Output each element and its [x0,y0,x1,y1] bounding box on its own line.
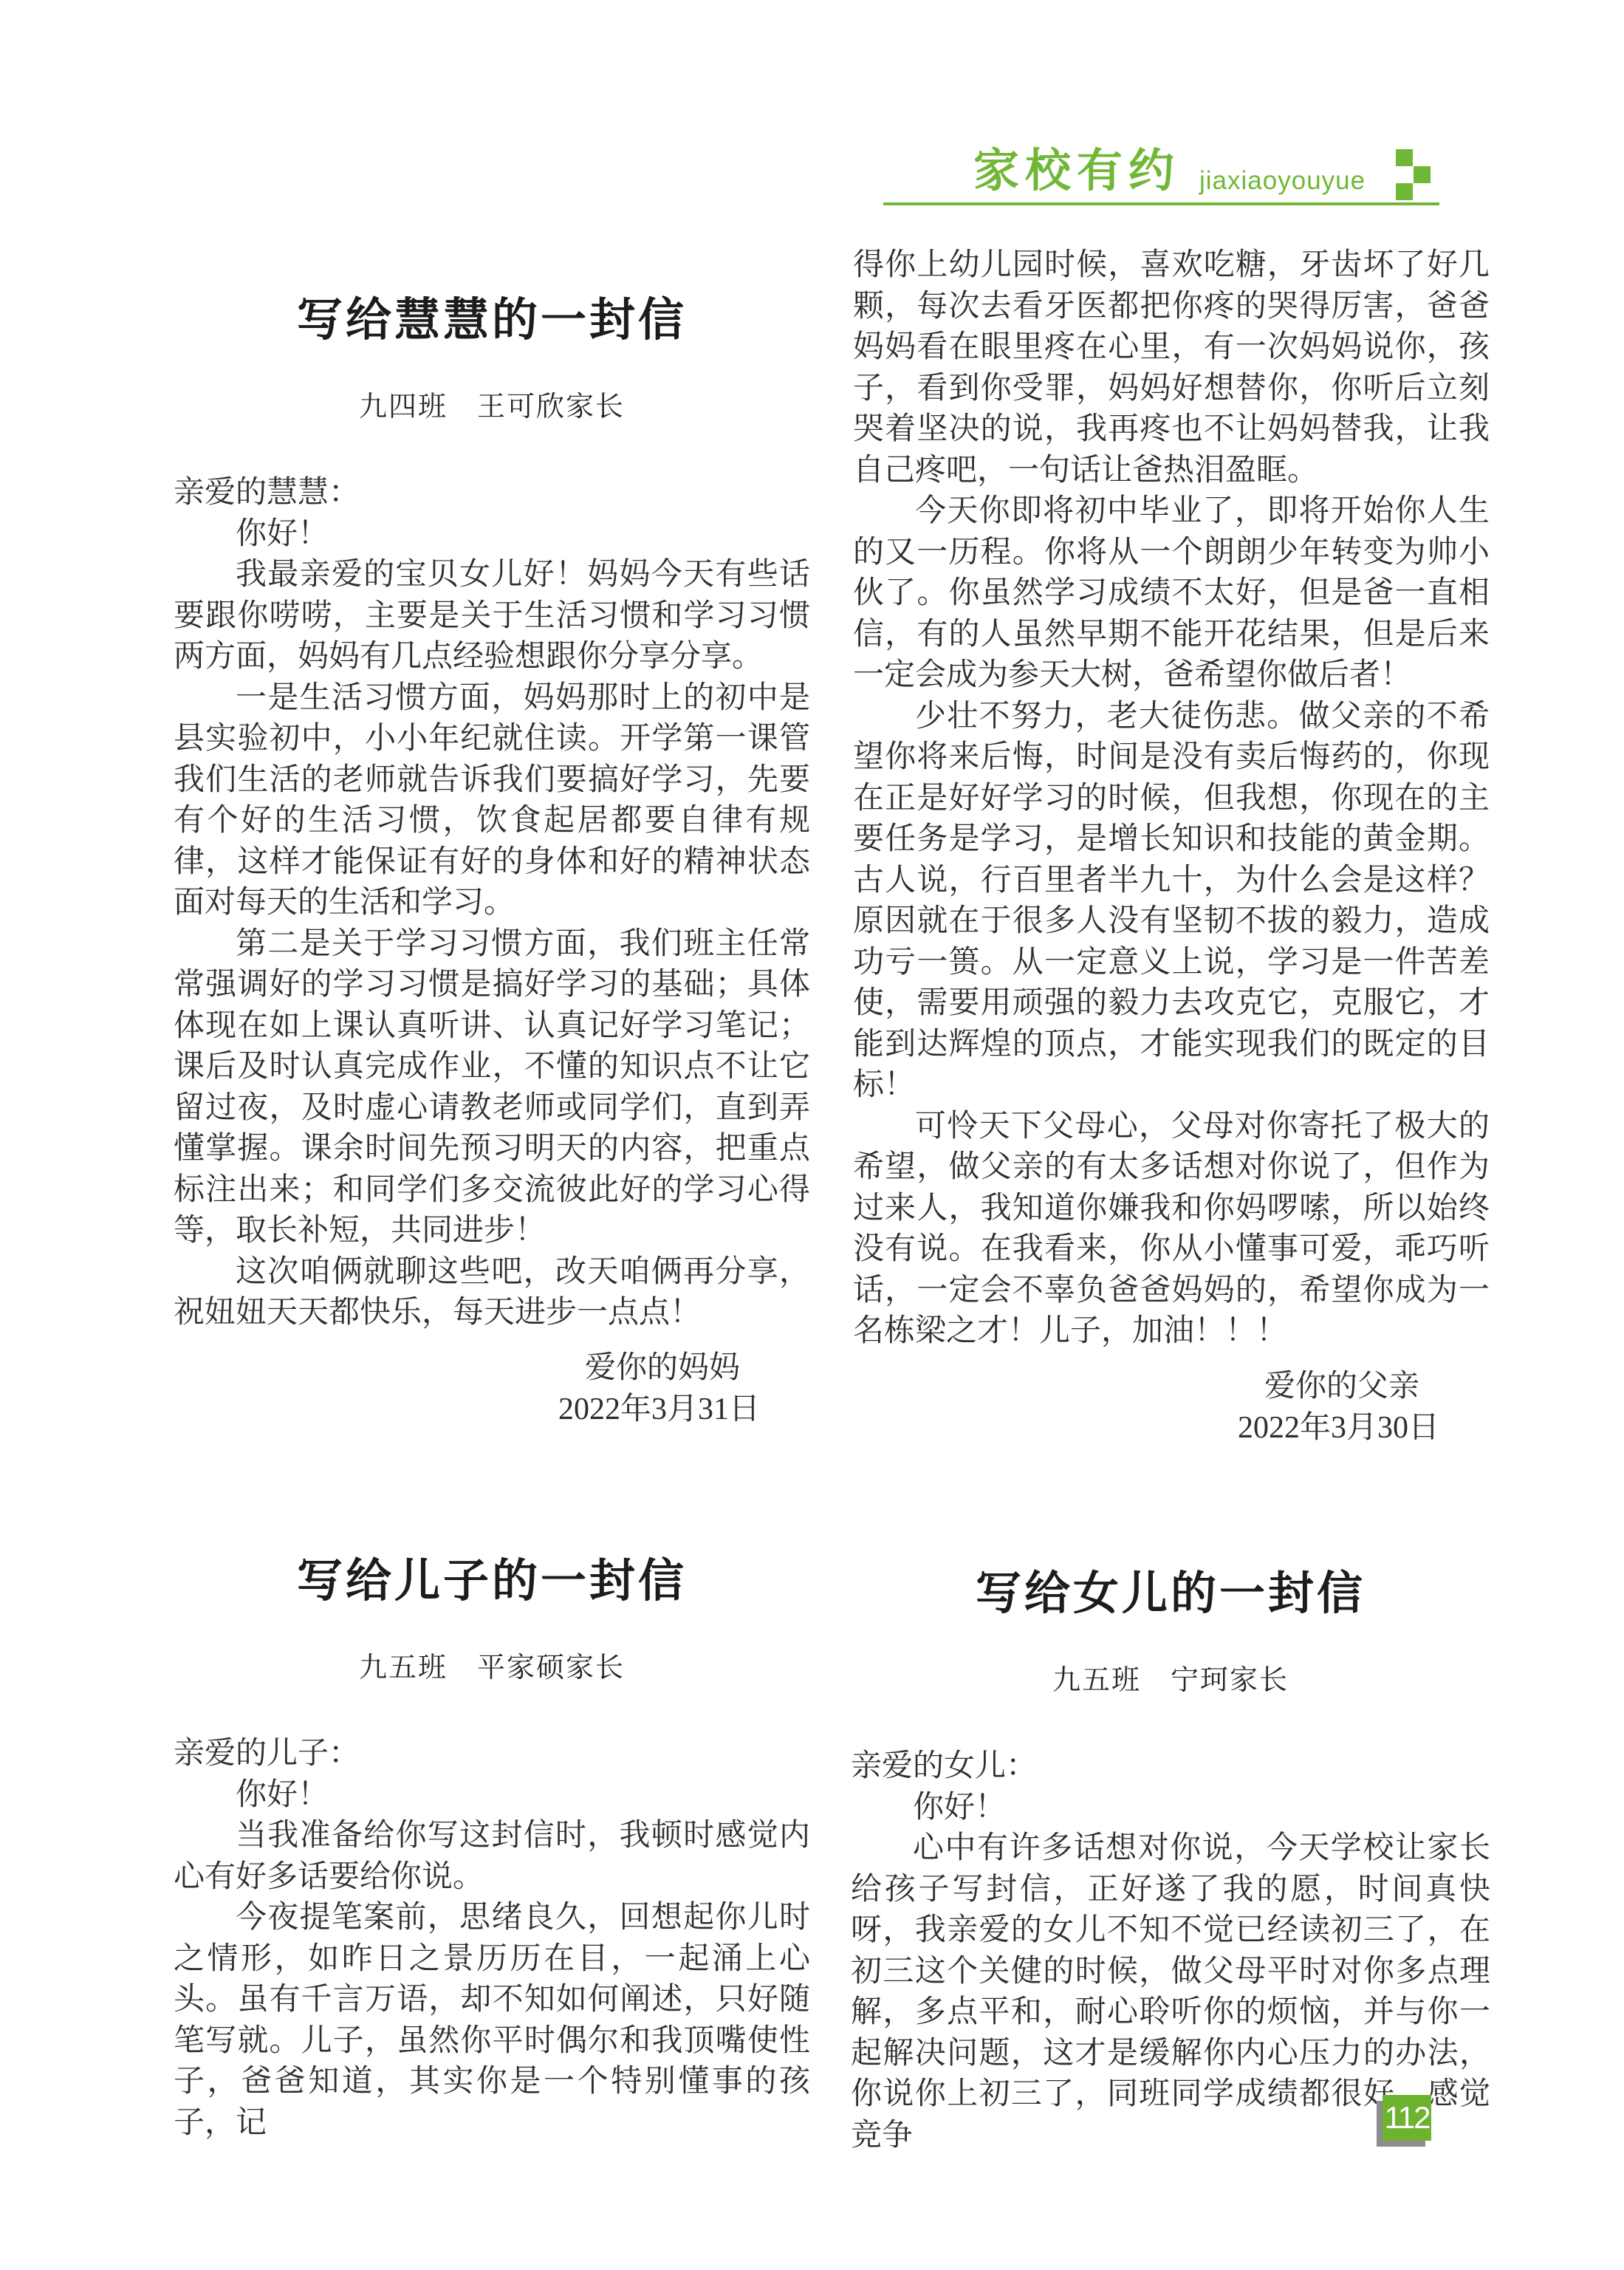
article-body-continued: 得你上幼儿园时候，喜欢吃糖，牙齿坏了好几颗，每次去看牙医都把你疼的哭得厉害，爸爸… [853,245,1490,1353]
section-title: 家校有约 [973,145,1180,198]
article-letter-to-huihui: 写给慧慧的一封信 九四班 王可欣家长 亲爱的慧慧： 你好！ 我最亲爱的宝贝女儿好… [174,294,810,1430]
article-title: 写给儿子的一封信 [174,1555,810,1608]
article-byline: 九五班 平家硕家长 [174,1651,810,1685]
article-body: 亲爱的慧慧： 你好！ 我最亲爱的宝贝女儿好！妈妈今天有些话要跟你唠唠，主要是关于… [174,473,810,1334]
paragraph: 可怜天下父母心，父母对你寄托了极大的希望，做父亲的有太多话想对你说了，但作为过来… [853,1107,1490,1353]
signature-name: 爱你的父亲 [853,1366,1490,1407]
icon-square [1396,149,1413,166]
signature-date: 2022年3月31日 [174,1389,810,1430]
signature-date: 2022年3月30日 [853,1407,1490,1449]
continued-paragraph: 得你上幼儿园时候，喜欢吃糖，牙齿坏了好几颗，每次去看牙医都把你疼的哭得厉害，爸爸… [853,245,1490,491]
salutation: 亲爱的儿子： [174,1734,810,1775]
article-byline: 九五班 宁珂家长 [851,1664,1490,1698]
paragraph: 这次咱俩就聊这些吧，改天咱俩再分享，祝妞妞天天都快乐，每天进步一点点！ [174,1252,810,1334]
article-title: 写给女儿的一封信 [851,1568,1490,1621]
section-title-pinyin: jiaxiaoyouyue [1199,165,1366,196]
icon-square [1396,183,1413,200]
article-title: 写给慧慧的一封信 [174,294,810,347]
paragraph: 今天你即将初中毕业了，即将开始你人生的又一历程。你将从一个朗朗少年转变为帅小伙了… [853,491,1490,697]
paragraph: 今夜提笔案前，思绪良久，回想起你儿时之情形，如昨日之景历历在目，一起涌上心头。虽… [174,1898,810,2144]
paragraph: 当我准备给你写这封信时，我顿时感觉内心有好多话要给你说。 [174,1816,810,1898]
signature-name: 爱你的妈妈 [174,1347,810,1389]
pixel-checker-cross-icon [1396,149,1431,201]
paragraph: 少壮不努力，老大徒伤悲。做父亲的不希望你将来后悔，时间是没有卖后悔药的，你现在正… [853,697,1490,1107]
article-letter-to-son: 写给儿子的一封信 九五班 平家硕家长 亲爱的儿子： 你好！ 当我准备给你写这封信… [174,1555,810,2144]
salutation: 亲爱的慧慧： [174,473,810,514]
paragraph: 你好！ [851,1788,1490,1829]
article-letter-to-daughter: 写给女儿的一封信 九五班 宁珂家长 亲爱的女儿： 你好！ 心中有许多话想对你说，… [851,1568,1490,2156]
paragraph: 第二是关于学习习惯方面，我们班主任常常强调好的学习习惯是搞好学习的基础；具体体现… [174,924,810,1252]
paragraph: 你好！ [174,1775,810,1816]
article-body: 亲爱的儿子： 你好！ 当我准备给你写这封信时，我顿时感觉内心有好多话要给你说。 … [174,1734,810,2144]
signature-block: 爱你的妈妈 2022年3月31日 [174,1347,810,1430]
signature-block: 爱你的父亲 2022年3月30日 [853,1366,1490,1449]
article-byline: 九四班 王可欣家长 [174,390,810,424]
salutation: 亲爱的女儿： [851,1746,1490,1788]
paragraph: 一是生活习惯方面，妈妈那时上的初中是县实验初中，小小年纪就住读。开学第一课管我们… [174,678,810,924]
paragraph: 我最亲爱的宝贝女儿好！妈妈今天有些话要跟你唠唠，主要是关于生活习惯和学习习惯两方… [174,555,810,678]
magazine-page: 家校有约 jiaxiaoyouyue 写给慧慧的一封信 九四班 王可欣家长 亲爱… [0,0,1624,2270]
header-rule [883,202,1439,205]
paragraph: 你好！ [174,514,810,555]
page-number-badge: 112 [1383,2095,1431,2141]
icon-square [1414,166,1431,183]
article-letter-to-son-continued: 得你上幼儿园时候，喜欢吃糖，牙齿坏了好几颗，每次去看牙医都把你疼的哭得厉害，爸爸… [853,245,1490,1449]
